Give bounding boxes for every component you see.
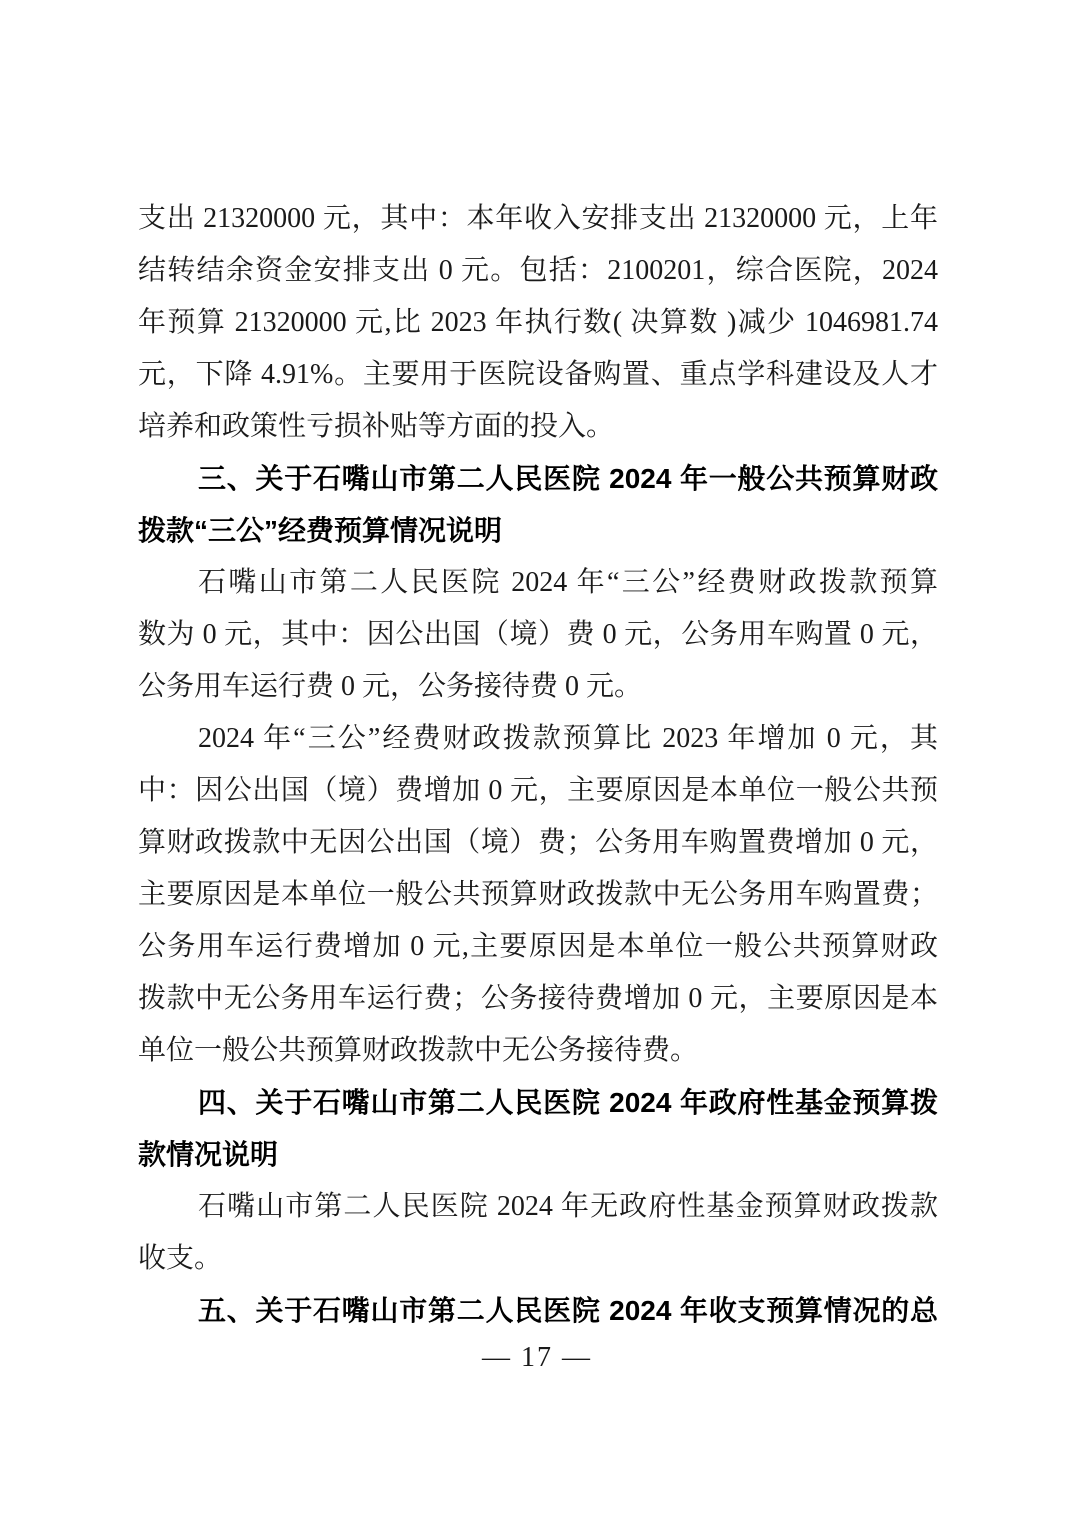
paragraph-sangong-change-line-6: 拨款中无公务用车运行费；公务接待费增加 0 元，主要原因是本 — [138, 973, 938, 1025]
paragraph-sangong-budget-line-1: 石嘴山市第二人民医院 2024 年“三公”经费财政拨款预算 — [138, 557, 938, 609]
section-3-heading-line-1: 三、关于石嘴山市第二人民医院 2024 年一般公共预算财政 — [138, 453, 938, 505]
paragraph-sangong-change-line-2: 中：因公出国（境）费增加 0 元，主要原因是本单位一般公共预 — [138, 765, 938, 817]
section-3-heading-line-2: 拨款“三公”经费预算情况说明 — [138, 505, 938, 557]
section-4-heading-line-2: 款情况说明 — [138, 1129, 938, 1181]
document-body: 支出 21320000 元，其中：本年收入安排支出 21320000 元，上年 … — [138, 193, 938, 1337]
paragraph-sangong-change-line-7: 单位一般公共预算财政拨款中无公务接待费。 — [138, 1025, 938, 1077]
paragraph-expenditure-line-3: 年预算 21320000 元,比 2023 年执行数( 决算数 )减少 1046… — [138, 297, 938, 349]
paragraph-sangong-change-line-3: 算财政拨款中无因公出国（境）费；公务用车购置费增加 0 元， — [138, 817, 938, 869]
paragraph-expenditure-line-5: 培养和政策性亏损补贴等方面的投入。 — [138, 401, 938, 453]
section-4-heading-line-1: 四、关于石嘴山市第二人民医院 2024 年政府性基金预算拨 — [138, 1077, 938, 1129]
paragraph-sangong-change-line-1: 2024 年“三公”经费财政拨款预算比 2023 年增加 0 元，其 — [138, 713, 938, 765]
paragraph-gov-fund-line-2: 收支。 — [138, 1233, 938, 1285]
paragraph-sangong-change-line-4: 主要原因是本单位一般公共预算财政拨款中无公务用车购置费； — [138, 869, 938, 921]
page-number: — 17 — — [0, 1334, 1074, 1382]
paragraph-sangong-budget-line-3: 公务用车运行费 0 元，公务接待费 0 元。 — [138, 661, 938, 713]
document-page: 支出 21320000 元，其中：本年收入安排支出 21320000 元，上年 … — [0, 0, 1074, 1520]
paragraph-expenditure-line-1: 支出 21320000 元，其中：本年收入安排支出 21320000 元，上年 — [138, 193, 938, 245]
paragraph-sangong-change-line-5: 公务用车运行费增加 0 元,主要原因是本单位一般公共预算财政 — [138, 921, 938, 973]
paragraph-sangong-budget-line-2: 数为 0 元，其中：因公出国（境）费 0 元，公务用车购置 0 元， — [138, 609, 938, 661]
section-5-heading-line-1: 五、关于石嘴山市第二人民医院 2024 年收支预算情况的总 — [138, 1285, 938, 1337]
paragraph-gov-fund-line-1: 石嘴山市第二人民医院 2024 年无政府性基金预算财政拨款 — [138, 1181, 938, 1233]
paragraph-expenditure-line-4: 元，下降 4.91%。主要用于医院设备购置、重点学科建设及人才 — [138, 349, 938, 401]
paragraph-expenditure-line-2: 结转结余资金安排支出 0 元。包括：2100201，综合医院，2024 — [138, 245, 938, 297]
